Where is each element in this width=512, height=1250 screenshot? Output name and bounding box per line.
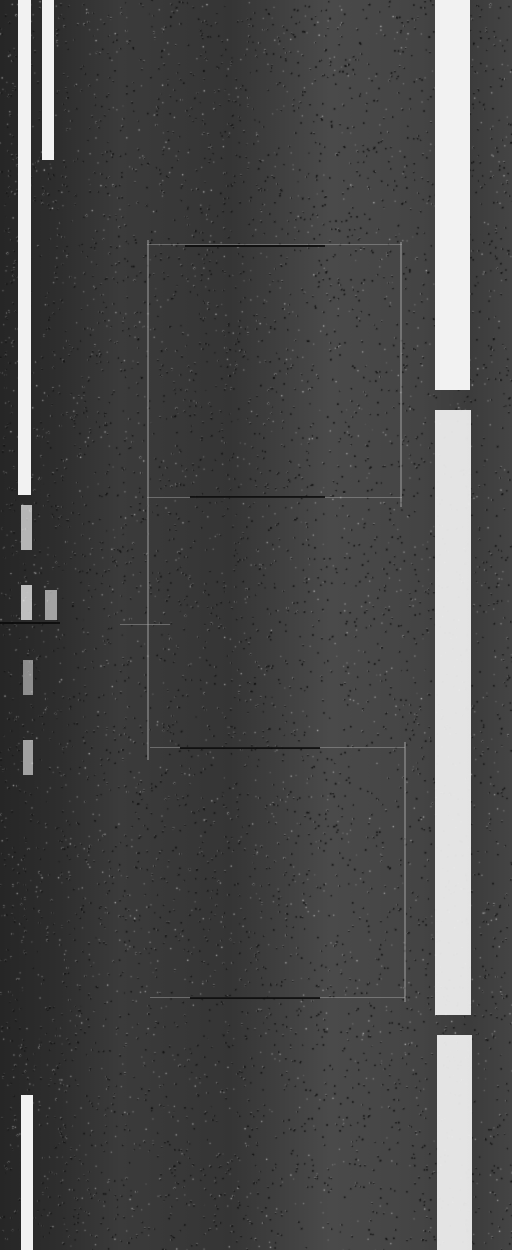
road-surface <box>0 0 512 1250</box>
right-lane-dash <box>435 410 471 1015</box>
panel-seam <box>400 242 402 507</box>
panel-seam <box>120 624 170 625</box>
crack <box>190 997 320 999</box>
right-lane-dash <box>435 0 470 390</box>
left-worn-mark <box>45 590 57 620</box>
left-edge-line-segment <box>21 1095 33 1250</box>
left-worn-mark <box>21 585 32 620</box>
left-dash-top <box>42 0 54 160</box>
left-worn-mark <box>23 740 33 775</box>
left-edge-line <box>18 0 31 495</box>
right-lane-dash <box>437 1035 472 1250</box>
crack <box>180 747 320 749</box>
panel-seam <box>404 742 406 1002</box>
crack <box>0 622 60 624</box>
panel-seam <box>147 240 149 760</box>
left-worn-mark <box>21 505 32 550</box>
crack <box>190 496 325 498</box>
crack <box>185 245 325 247</box>
left-worn-mark <box>23 660 33 695</box>
